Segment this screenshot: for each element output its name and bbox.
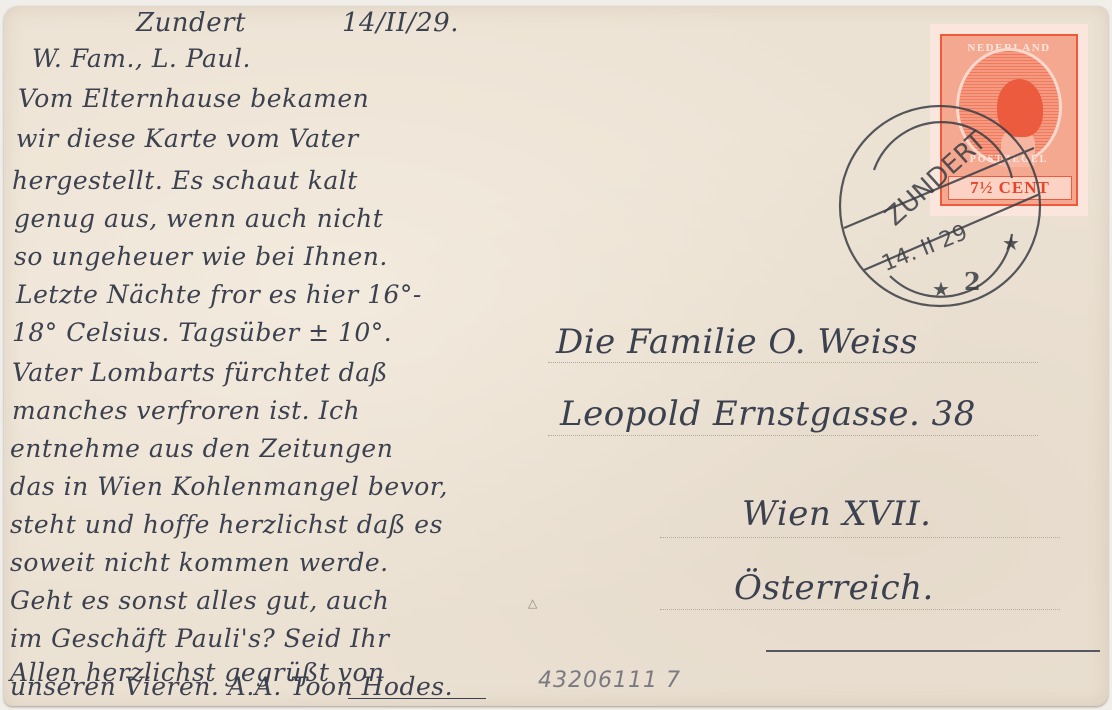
message-line-last: unseren Vieren. A.A. Toon Hodes. (10, 672, 453, 701)
triangle-mark: △ (528, 596, 537, 610)
address-city: Wien XVII. (742, 494, 931, 534)
signature-underline (348, 698, 486, 699)
message-line: im Geschäft Pauli's? Seid Ihr (10, 624, 390, 653)
address-dotted-line (548, 435, 1038, 436)
postmark-town: ZUNDERT (880, 126, 993, 232)
message-line: Vater Lombarts fürchtet daß (12, 358, 388, 387)
message-line: wir diese Karte vom Vater (16, 124, 359, 153)
address-dotted-line (660, 609, 1060, 610)
address-bottom-rule (766, 650, 1100, 652)
star-icon: ★ (932, 277, 950, 301)
message-line: genug aus, wenn auch nicht (14, 204, 383, 233)
archive-number: 43206111 7 (538, 668, 681, 693)
message-place: Zundert (136, 8, 246, 38)
message-date: 14/II/29. (342, 8, 459, 38)
message-line: das in Wien Kohlenmangel bevor, (10, 472, 448, 501)
message-line: 18° Celsius. Tagsüber ± 10°. (12, 318, 392, 347)
message-line: Vom Elternhause bekamen (18, 84, 369, 113)
message-line: W. Fam., L. Paul. (32, 44, 251, 73)
message-line: manches verfroren ist. Ich (12, 396, 360, 425)
message-line: Geht es sonst alles gut, auch (10, 586, 389, 615)
address-country: Österreich. (734, 568, 934, 608)
message-line: hergestellt. Es schaut kalt (12, 166, 358, 195)
message-line: entnehme aus den Zeitungen (10, 434, 393, 463)
postmark-number: 2 (964, 267, 981, 296)
address-dotted-line (660, 537, 1060, 538)
message-line: steht und hoffe herzlichst daß es (10, 510, 443, 539)
address-dotted-line (548, 362, 1038, 363)
message-line: soweit nicht kommen werde. (10, 548, 389, 577)
postmark-cancel-icon: ZUNDERT 14. II 29 2 ★ ★ (834, 100, 1046, 312)
message-line: Letzte Nächte fror es hier 16°- (16, 280, 422, 309)
star-icon: ★ (1002, 231, 1020, 255)
postmark-date: 14. II 29 (878, 220, 971, 277)
message-line: so ungeheuer wie bei Ihnen. (14, 242, 388, 271)
address-recipient: Die Familie O. Weiss (556, 322, 918, 362)
address-street: Leopold Ernstgasse. 38 (560, 394, 976, 434)
